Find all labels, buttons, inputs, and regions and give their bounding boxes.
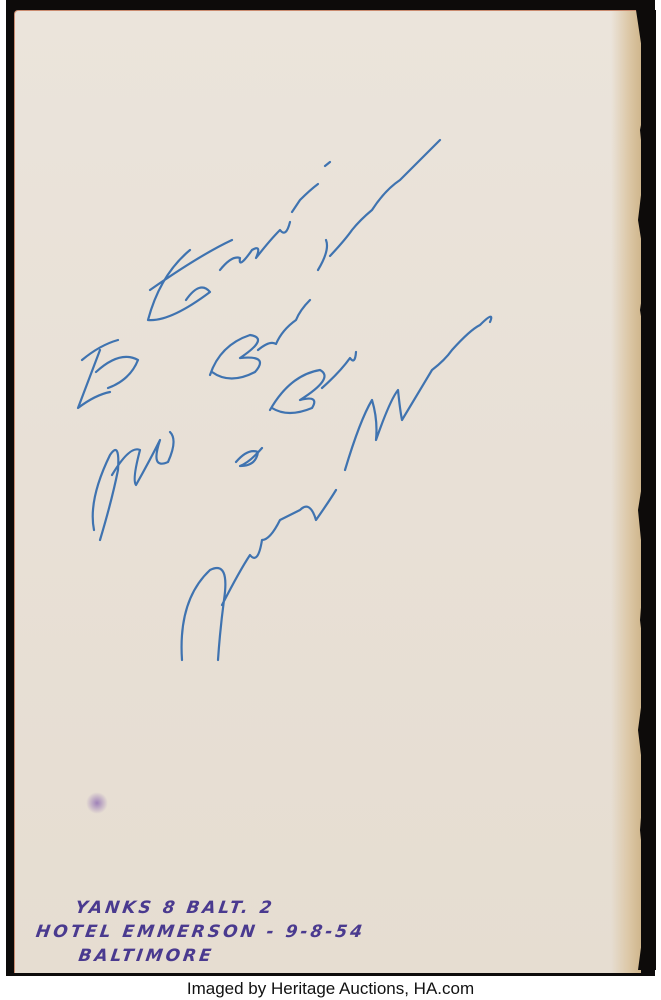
handwritten-game-notes: YANKS 8 BALT. 2 HOTEL EMMERSON - 9-8-54 … bbox=[31, 896, 370, 968]
notes-city-line: BALTIMORE bbox=[31, 944, 363, 968]
inscription-line-to-frankie bbox=[78, 162, 330, 408]
notes-hotel-date-line: HOTEL EMMERSON - 9-8-54 bbox=[34, 920, 366, 944]
inscription-line-my-best-wishes bbox=[93, 140, 440, 540]
signature-mickey-mantle bbox=[182, 317, 492, 660]
handwritten-inscription bbox=[0, 0, 661, 1000]
inscription-line-a-pal bbox=[236, 352, 356, 466]
image-credit: Imaged by Heritage Auctions, HA.com bbox=[0, 976, 661, 1000]
notes-score-line: YANKS 8 BALT. 2 bbox=[38, 896, 370, 920]
